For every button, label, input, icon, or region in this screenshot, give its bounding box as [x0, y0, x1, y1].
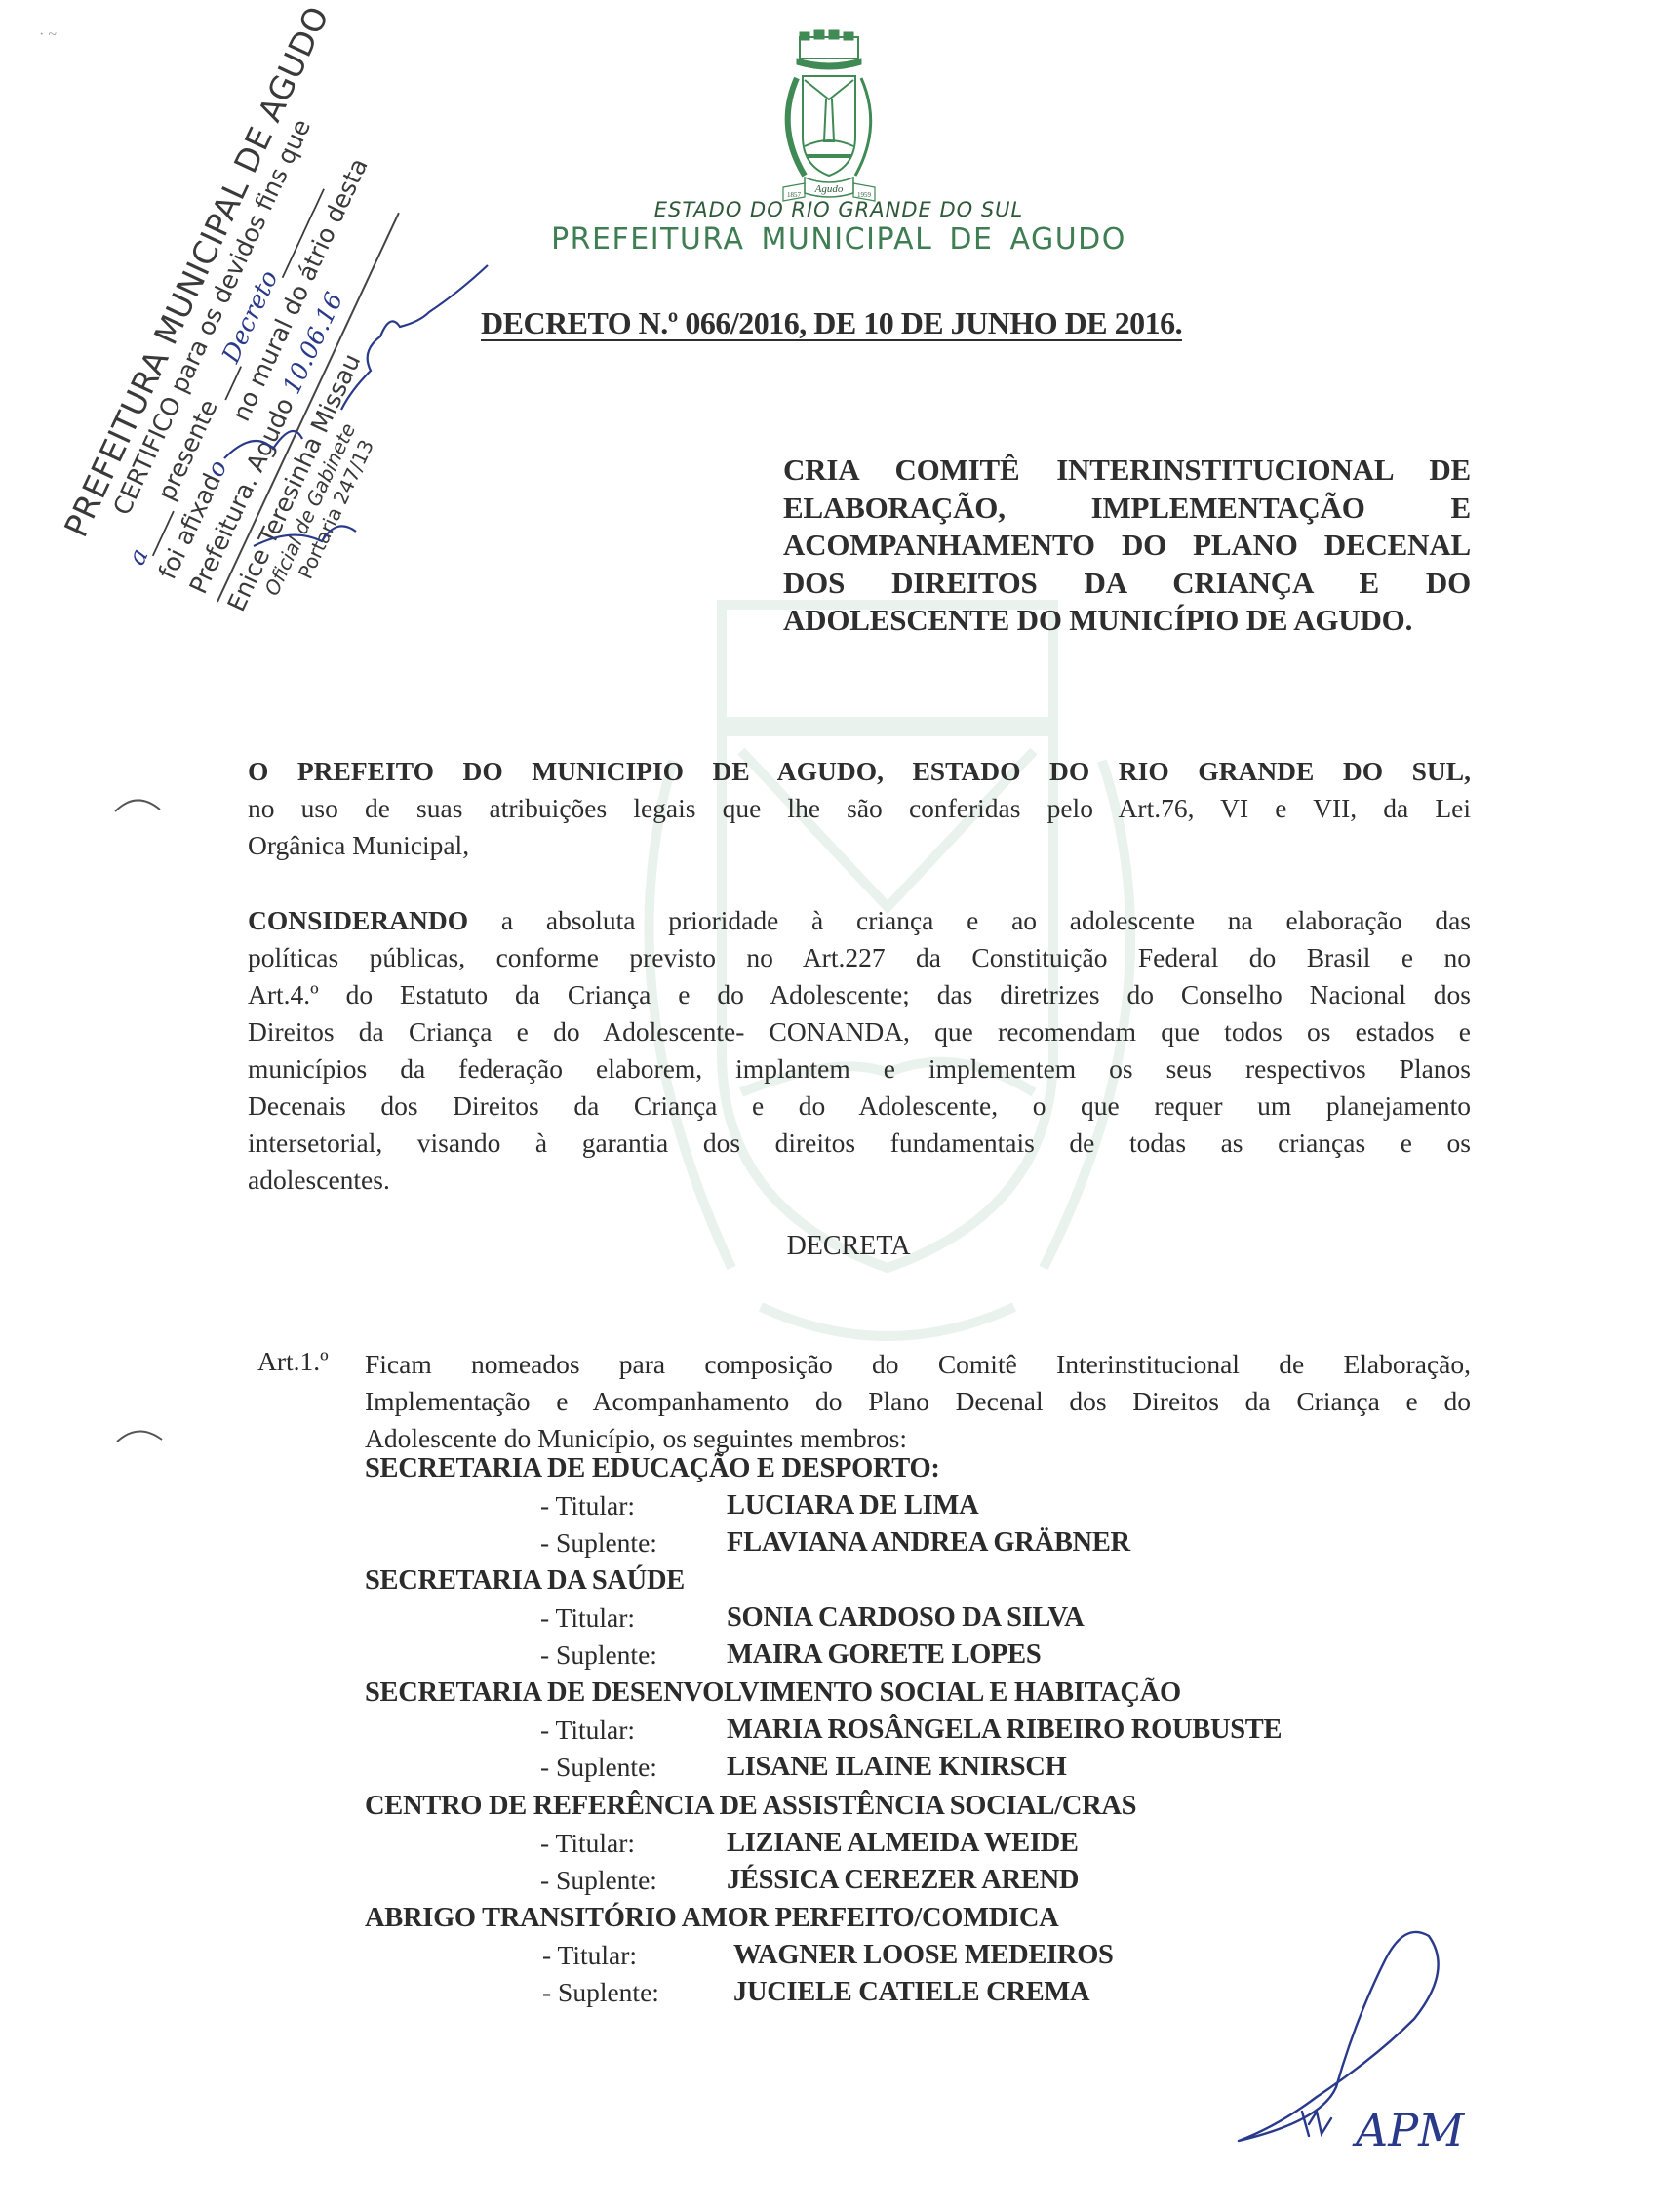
- considerando-line: Art.4.º do Estatuto da Criança e do Adol…: [248, 976, 1471, 1013]
- signature-initials: APM: [1352, 2104, 1466, 2156]
- ementa-line: CRIA COMITÊ INTERINSTITUCIONAL DE: [783, 452, 1471, 490]
- considerando-line: municípios da federação elaborem, implan…: [248, 1050, 1471, 1087]
- article-1-label: Art.1.º: [257, 1346, 329, 1377]
- organization-name: ABRIGO TRANSITÓRIO AMOR PERFEITO/COMDICA: [365, 1903, 1058, 1934]
- suplente-name: JÉSSICA CEREZER AREND: [727, 1865, 1079, 1896]
- considerando-line: intersetorial, visando à garantia dos di…: [248, 1125, 1471, 1162]
- titular-name: LUCIARA DE LIMA: [727, 1490, 978, 1521]
- mayor-signature-icon: APM: [1219, 1912, 1512, 2185]
- titular-label: - Titular:: [540, 1715, 635, 1746]
- preamble-line: no uso de suas atribuições legais que lh…: [248, 790, 1471, 827]
- suplente-name: FLAVIANA ANDREA GRÄBNER: [727, 1527, 1130, 1559]
- titular-name: LIZIANE ALMEIDA WEIDE: [727, 1828, 1079, 1859]
- titular-name: MARIA ROSÂNGELA RIBEIRO ROUBUSTE: [727, 1715, 1282, 1746]
- considerando-paragraph: CONSIDERANDO a absoluta prioridade à cri…: [248, 902, 1471, 1199]
- organization-name: CENTRO DE REFERÊNCIA DE ASSISTÊNCIA SOCI…: [365, 1791, 1136, 1822]
- titular-name: WAGNER LOOSE MEDEIROS: [733, 1940, 1114, 1971]
- titular-name: SONIA CARDOSO DA SILVA: [727, 1602, 1084, 1634]
- suplente-name: LISANE ILAINE KNIRSCH: [727, 1752, 1066, 1783]
- ementa-line: ADOLESCENTE DO MUNICÍPIO DE AGUDO.: [783, 602, 1471, 640]
- considerando-line: adolescentes.: [248, 1162, 1471, 1199]
- titular-label: - Titular:: [540, 1828, 635, 1859]
- suplente-label: - Suplente:: [540, 1865, 657, 1896]
- considerando-line: CONSIDERANDO a absoluta prioridade à cri…: [248, 902, 1471, 939]
- suplente-label: - Suplente:: [542, 1977, 659, 2008]
- suplente-name: JUCIELE CATIELE CREMA: [733, 1977, 1089, 2008]
- titular-label: - Titular:: [540, 1602, 635, 1634]
- ementa-line: ELABORAÇÃO, IMPLEMENTAÇÃO E: [783, 490, 1471, 528]
- decreta-heading: DECRETA: [0, 1231, 1658, 1262]
- article-1-body: Ficam nomeados para composição do Comitê…: [365, 1346, 1471, 1457]
- suplente-label: - Suplente:: [540, 1527, 657, 1559]
- suplente-label: - Suplente:: [540, 1752, 657, 1783]
- considerando-line: Direitos da Criança e do Adolescente- CO…: [248, 1013, 1471, 1050]
- titular-label: - Titular:: [542, 1940, 637, 1971]
- considerando-keyword: CONSIDERANDO: [248, 905, 468, 935]
- titular-label: - Titular:: [540, 1490, 635, 1521]
- organization-name: SECRETARIA DE EDUCAÇÃO E DESPORTO:: [365, 1453, 940, 1484]
- considerando-line: políticas públicas, conforme previsto no…: [248, 939, 1471, 976]
- crest-banner-text: Agudo: [814, 183, 844, 195]
- organization-name: SECRETARIA DA SAÚDE: [365, 1565, 685, 1597]
- decree-ementa: CRIA COMITÊ INTERINSTITUCIONAL DE ELABOR…: [783, 452, 1471, 640]
- organization-name: SECRETARIA DE DESENVOLVIMENTO SOCIAL E H…: [365, 1678, 1181, 1709]
- ementa-line: ACOMPANHAMENTO DO PLANO DECENAL: [783, 527, 1471, 565]
- considerando-line: Decenais dos Direitos da Criança e do Ad…: [248, 1087, 1471, 1125]
- suplente-label: - Suplente:: [540, 1639, 657, 1671]
- stamp-handwriting-icon: [0, 0, 780, 780]
- suplente-name: MAIRA GORETE LOPES: [727, 1639, 1041, 1671]
- preamble-line: Orgânica Municipal,: [248, 827, 1471, 864]
- ementa-line: DOS DIREITOS DA CRIANÇA E DO: [783, 565, 1471, 603]
